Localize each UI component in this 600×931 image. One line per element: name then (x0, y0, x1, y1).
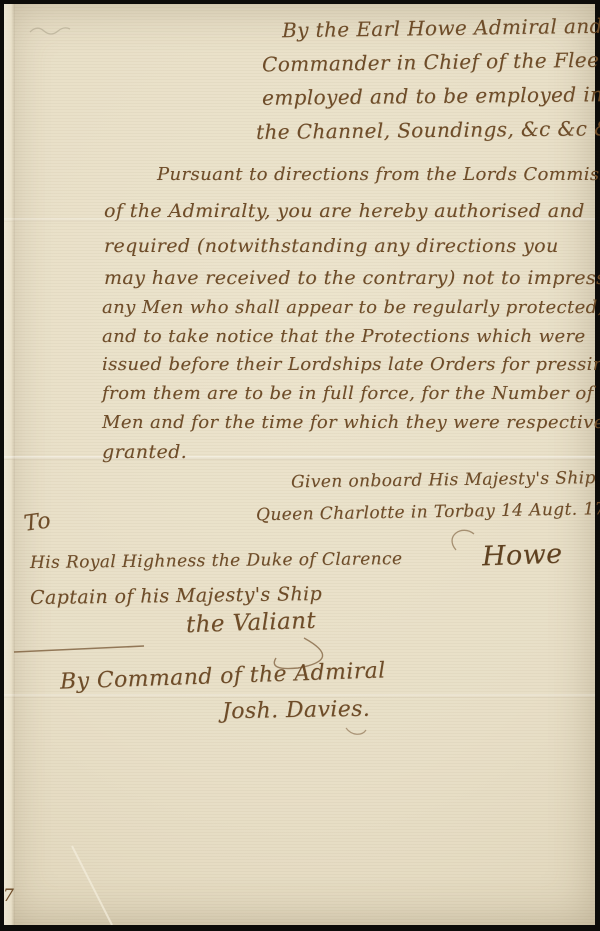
heading-line-4: the Channel, Soundings, &c &c &c (256, 118, 600, 142)
dateline-line-1: Given onboard His Majesty's Ship the (291, 470, 600, 492)
body-line-3: required (notwithstanding any directions… (104, 237, 559, 256)
body-line-10: granted. (102, 443, 187, 462)
countersignature-by-line: By Command of the Admiral (60, 660, 386, 693)
address-line-2: Captain of his Majesty's Ship (30, 585, 322, 608)
body-line-8: from them are to be in full force, for t… (102, 385, 594, 403)
body-line-2: of the Admiralty, you are hereby authori… (104, 202, 585, 221)
pencil-mark (30, 28, 70, 34)
heading-line-3: employed and to be employed in (262, 84, 600, 108)
body-line-1: Pursuant to directions from the Lords Co… (157, 166, 600, 184)
davies-period-flourish (346, 728, 366, 734)
body-line-9: Men and for the time for which they were… (102, 414, 600, 432)
address-salutation: To (23, 510, 53, 536)
scanned-letter: By the Earl Howe Admiral and Commander i… (0, 0, 600, 931)
admiral-signature: Howe (482, 541, 563, 571)
ship-name: the Valiant (186, 610, 317, 638)
body-line-5: any Men who shall appear to be regularly… (102, 299, 600, 317)
dateline-line-2: Queen Charlotte in Torbay 14 Augt. 1790 (256, 501, 600, 524)
address-line-1: His Royal Highness the Duke of Clarence (30, 551, 403, 572)
body-line-4: may have received to the contrary) not t… (104, 269, 600, 288)
diagonal-crease (72, 846, 112, 925)
margin-mark: 7 (3, 888, 14, 905)
heading-line-1: By the Earl Howe Admiral and (282, 16, 600, 40)
heading-line-2: Commander in Chief of the Fleet (262, 50, 600, 75)
paper-left-edge (4, 4, 15, 925)
clerk-signature: Josh. Davies. (222, 699, 371, 724)
address-dash-rule (14, 646, 144, 652)
paper-sheet: By the Earl Howe Admiral and Commander i… (4, 4, 595, 925)
body-line-6: and to take notice that the Protections … (102, 328, 586, 346)
body-line-7: issued before their Lordships late Order… (102, 356, 600, 374)
signature-flourish (452, 530, 474, 550)
fold-crease-middle (4, 456, 595, 460)
